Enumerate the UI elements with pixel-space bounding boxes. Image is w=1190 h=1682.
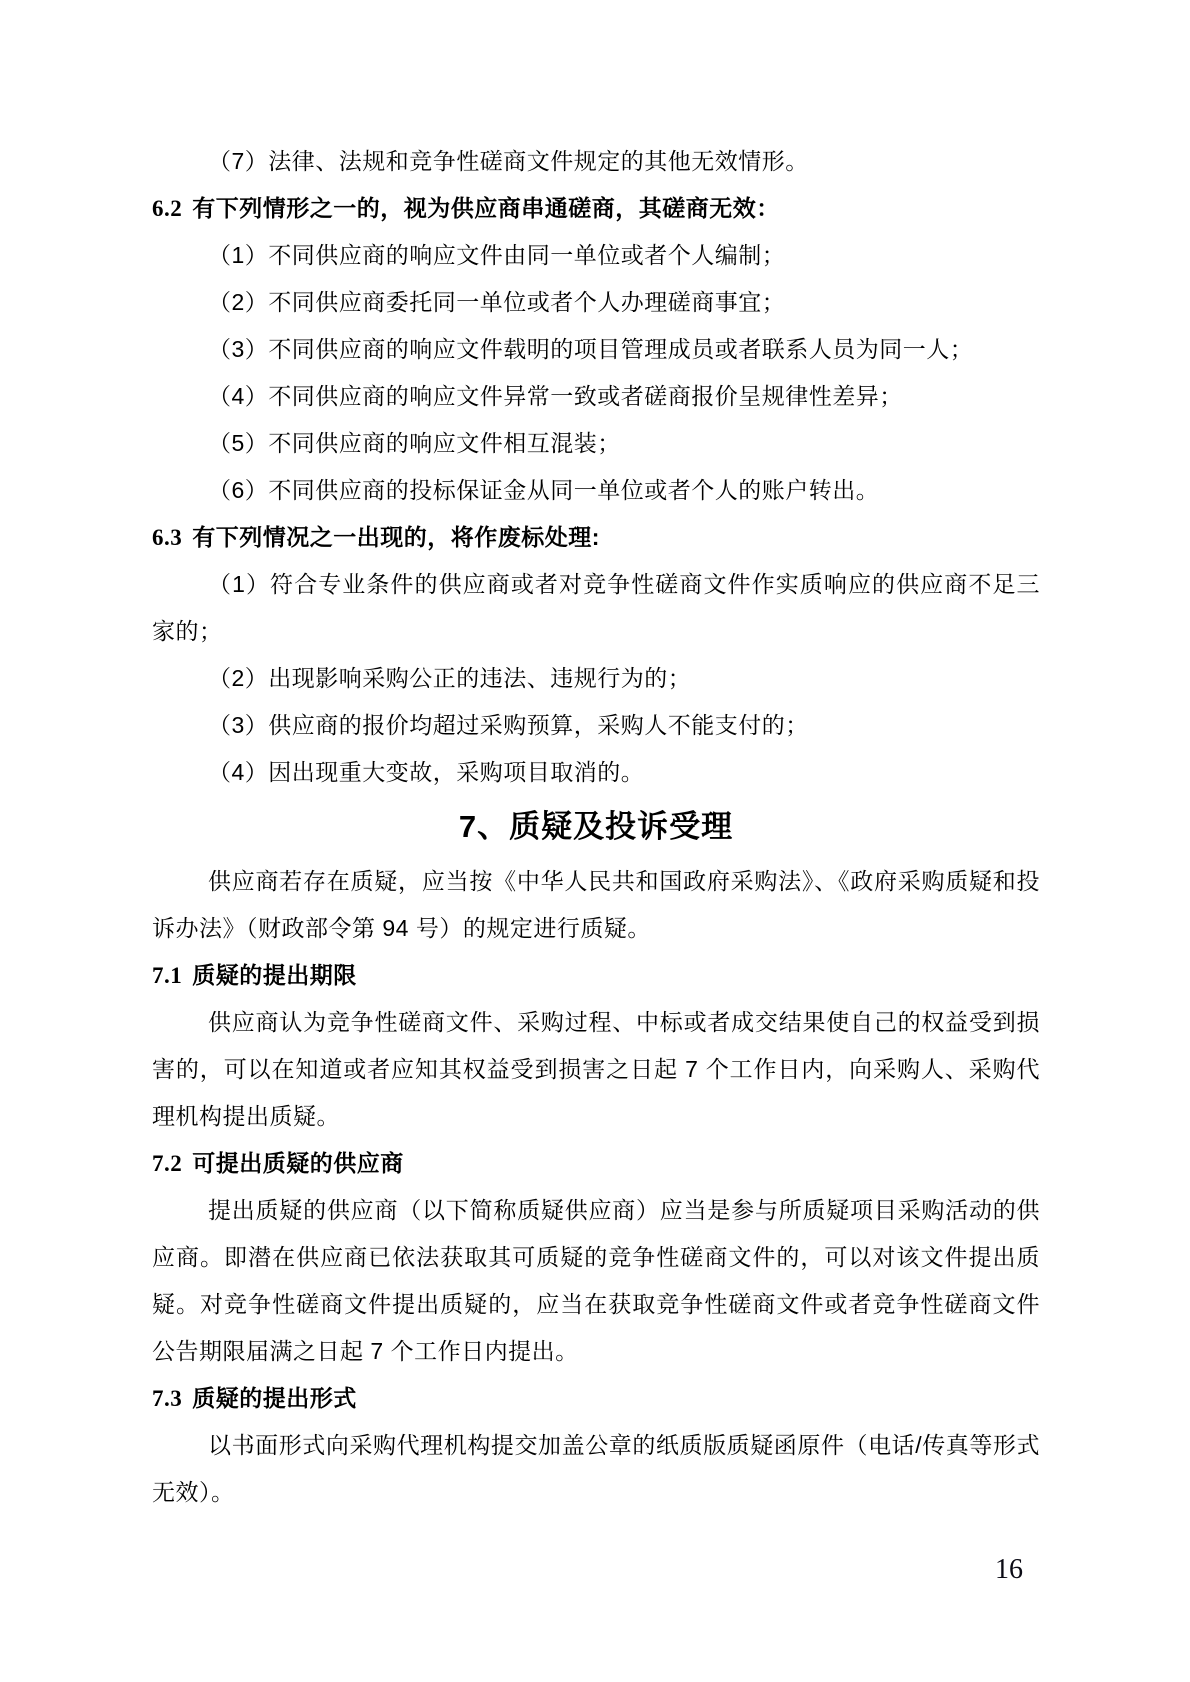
heading-6-3: 6.3有下列情况之一出现的，将作废标处理: <box>152 514 1040 561</box>
para-7-2-body: 提出质疑的供应商（以下简称质疑供应商）应当是参与所质疑项目采购活动的供应商。即潜… <box>152 1187 1040 1375</box>
heading-7-2-label: 可提出质疑的供应商 <box>192 1150 404 1176</box>
clause-item-6-2-4: （4）不同供应商的响应文件异常一致或者磋商报价呈规律性差异； <box>152 373 1040 420</box>
clause-item-6-3-3: （3）供应商的报价均超过采购预算，采购人不能支付的； <box>152 702 1040 749</box>
clause-item-6-3-2: （2）出现影响采购公正的违法、违规行为的； <box>152 655 1040 702</box>
heading-6-3-number: 6.3 <box>152 525 182 550</box>
para-7-3-body: 以书面形式向采购代理机构提交加盖公章的纸质版质疑函原件（电话/传真等形式无效）。 <box>152 1422 1040 1516</box>
document-page: （7）法律、法规和竞争性磋商文件规定的其他无效情形。 6.2有下列情形之一的，视… <box>0 0 1190 1682</box>
page-number: 16 <box>995 1553 1023 1587</box>
heading-7-3-label: 质疑的提出形式 <box>192 1385 357 1411</box>
section-title-7: 7、质疑及投诉受理 <box>152 796 1040 858</box>
clause-item-6-2-1: （1）不同供应商的响应文件由同一单位或者个人编制； <box>152 232 1040 279</box>
heading-7-1-number: 7.1 <box>152 963 182 988</box>
clause-item-6-3-1: （1）符合专业条件的供应商或者对竞争性磋商文件作实质响应的供应商不足三家的； <box>152 561 1040 655</box>
heading-6-2-label: 有下列情形之一的，视为供应商串通磋商，其磋商无效： <box>192 195 780 221</box>
heading-7-1-label: 质疑的提出期限 <box>192 962 357 988</box>
heading-7-2: 7.2可提出质疑的供应商 <box>152 1140 1040 1187</box>
heading-7-3-number: 7.3 <box>152 1386 182 1411</box>
heading-7-1: 7.1质疑的提出期限 <box>152 952 1040 999</box>
clause-item-6-2-6: （6）不同供应商的投标保证金从同一单位或者个人的账户转出。 <box>152 467 1040 514</box>
heading-6-3-label: 有下列情况之一出现的，将作废标处理: <box>192 524 600 550</box>
heading-6-2-number: 6.2 <box>152 196 182 221</box>
clause-item-6-2-3: （3）不同供应商的响应文件载明的项目管理成员或者联系人员为同一人； <box>152 326 1040 373</box>
document-content: （7）法律、法规和竞争性磋商文件规定的其他无效情形。 6.2有下列情形之一的，视… <box>152 138 1040 1516</box>
heading-6-2: 6.2有下列情形之一的，视为供应商串通磋商，其磋商无效： <box>152 185 1040 232</box>
heading-7-2-number: 7.2 <box>152 1151 182 1176</box>
para-7-intro: 供应商若存在质疑，应当按《中华人民共和国政府采购法》、《政府采购质疑和投诉办法》… <box>152 858 1040 952</box>
clause-item-6-1-7: （7）法律、法规和竞争性磋商文件规定的其他无效情形。 <box>152 138 1040 185</box>
para-7-1-body: 供应商认为竞争性磋商文件、采购过程、中标或者成交结果使自己的权益受到损害的，可以… <box>152 999 1040 1140</box>
heading-7-3: 7.3质疑的提出形式 <box>152 1375 1040 1422</box>
clause-item-6-3-4: （4）因出现重大变故，采购项目取消的。 <box>152 749 1040 796</box>
clause-item-6-2-5: （5）不同供应商的响应文件相互混装； <box>152 420 1040 467</box>
clause-item-6-2-2: （2）不同供应商委托同一单位或者个人办理磋商事宜； <box>152 279 1040 326</box>
